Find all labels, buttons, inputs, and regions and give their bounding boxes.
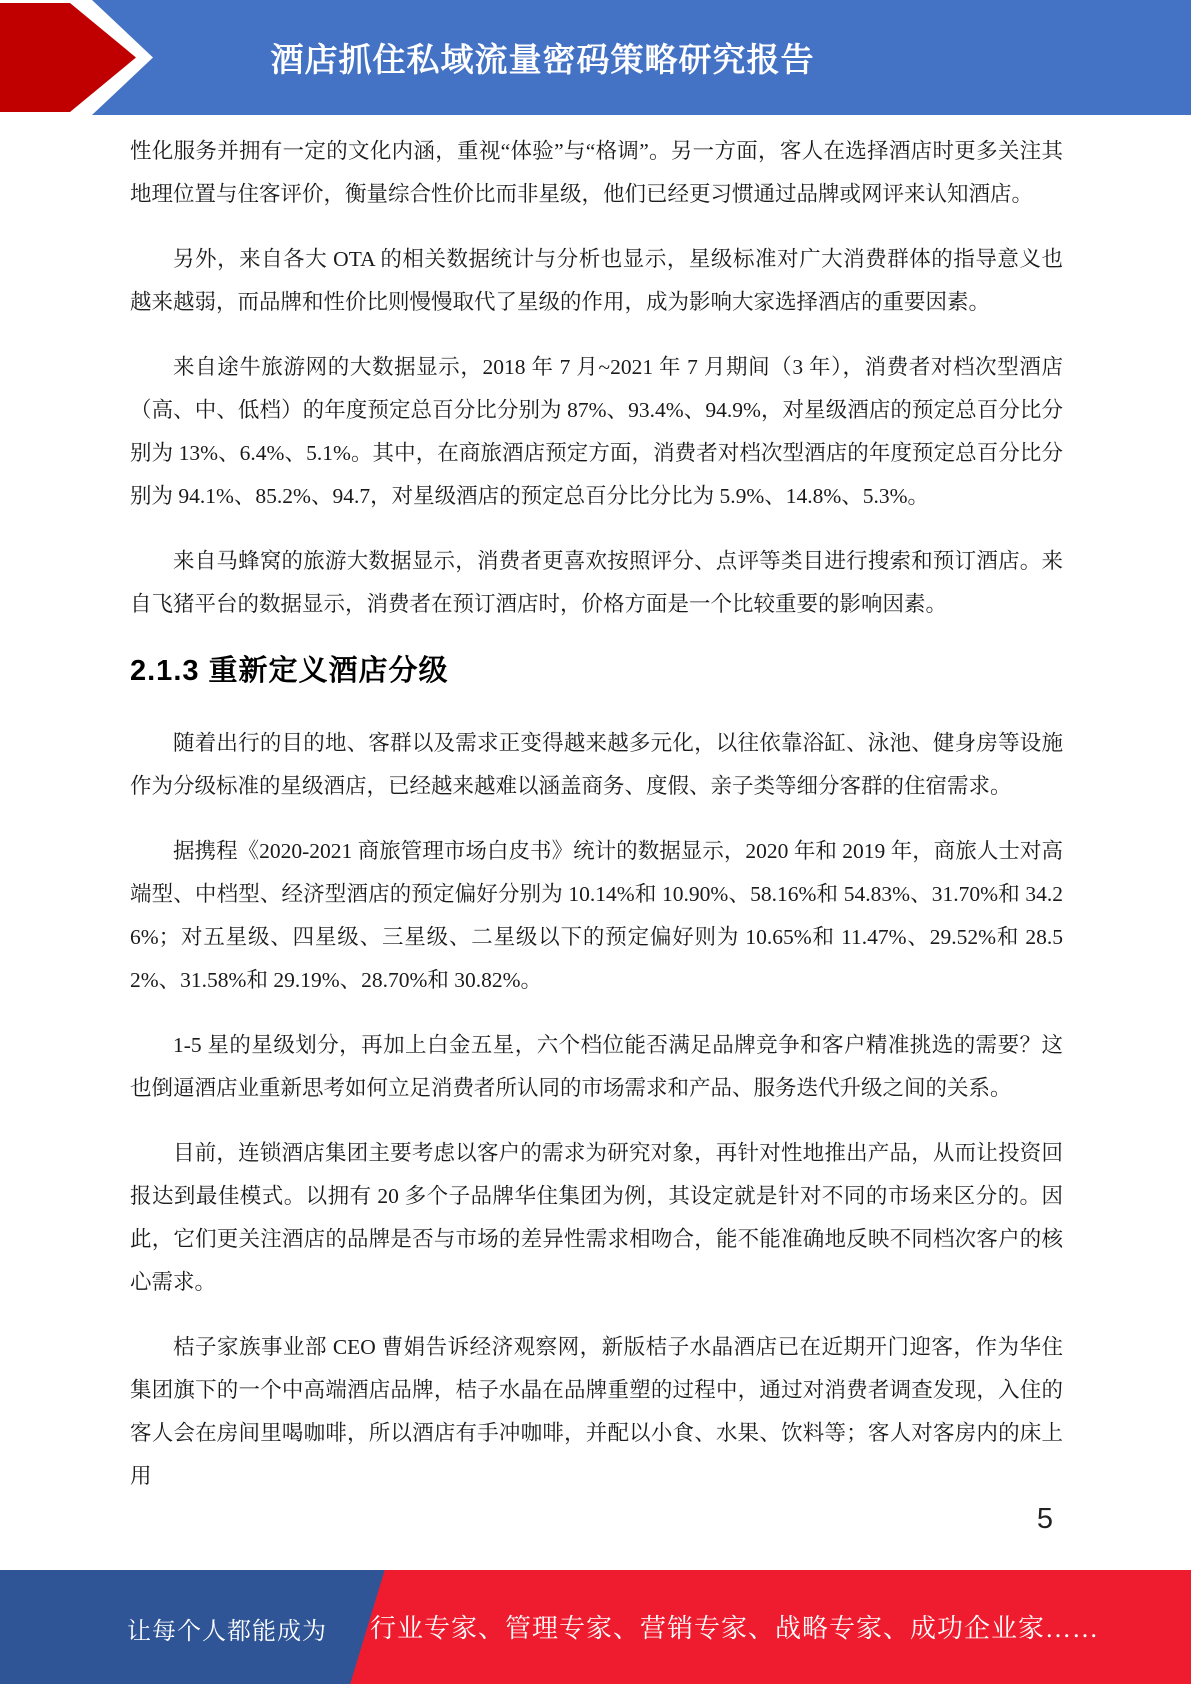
report-title: 酒店抓住私域流量密码策略研究报告: [0, 0, 1085, 115]
document-body: 性化服务并拥有一定的文化内涵，重视“体验”与“格调”。另一方面，客人在选择酒店时…: [130, 130, 1063, 1520]
paragraph: 目前，连锁酒店集团主要考虑以客户的需求为研究对象，再针对性地推出产品，从而让投资…: [130, 1132, 1063, 1304]
paragraph: 随着出行的目的地、客群以及需求正变得越来越多元化，以往依靠浴缸、泳池、健身房等设…: [130, 722, 1063, 808]
paragraph: 性化服务并拥有一定的文化内涵，重视“体验”与“格调”。另一方面，客人在选择酒店时…: [130, 130, 1063, 216]
paragraph: 桔子家族事业部 CEO 曹娟告诉经济观察网，新版桔子水晶酒店已在近期开门迎客，作…: [130, 1326, 1063, 1498]
footer-banner: 让每个人都能成为 行业专家、管理专家、营销专家、战略专家、成功企业家……: [0, 1570, 1191, 1684]
paragraph: 另外，来自各大 OTA 的相关数据统计与分析也显示，星级标准对广大消费群体的指导…: [130, 238, 1063, 324]
section-heading: 2.1.3 重新定义酒店分级: [130, 648, 1063, 694]
footer-slogan-right: 行业专家、管理专家、营销专家、战略专家、成功企业家……: [370, 1608, 1099, 1645]
footer-slogan-left: 让每个人都能成为: [127, 1611, 327, 1646]
paragraph: 来自途牛旅游网的大数据显示，2018 年 7 月~2021 年 7 月期间（3 …: [130, 346, 1063, 518]
page-number: 5: [1037, 1503, 1053, 1536]
paragraph: 据携程《2020-2021 商旅管理市场白皮书》统计的数据显示，2020 年和 …: [130, 830, 1063, 1002]
paragraph: 1-5 星的星级划分，再加上白金五星，六个档位能否满足品牌竞争和客户精准挑选的需…: [130, 1024, 1063, 1110]
paragraph: 来自马蜂窝的旅游大数据显示，消费者更喜欢按照评分、点评等类目进行搜索和预订酒店。…: [130, 540, 1063, 626]
report-page: { "header": { "title": "酒店抓住私域流量密码策略研究报告…: [0, 0, 1191, 1684]
header-banner: 酒店抓住私域流量密码策略研究报告: [0, 0, 1191, 115]
